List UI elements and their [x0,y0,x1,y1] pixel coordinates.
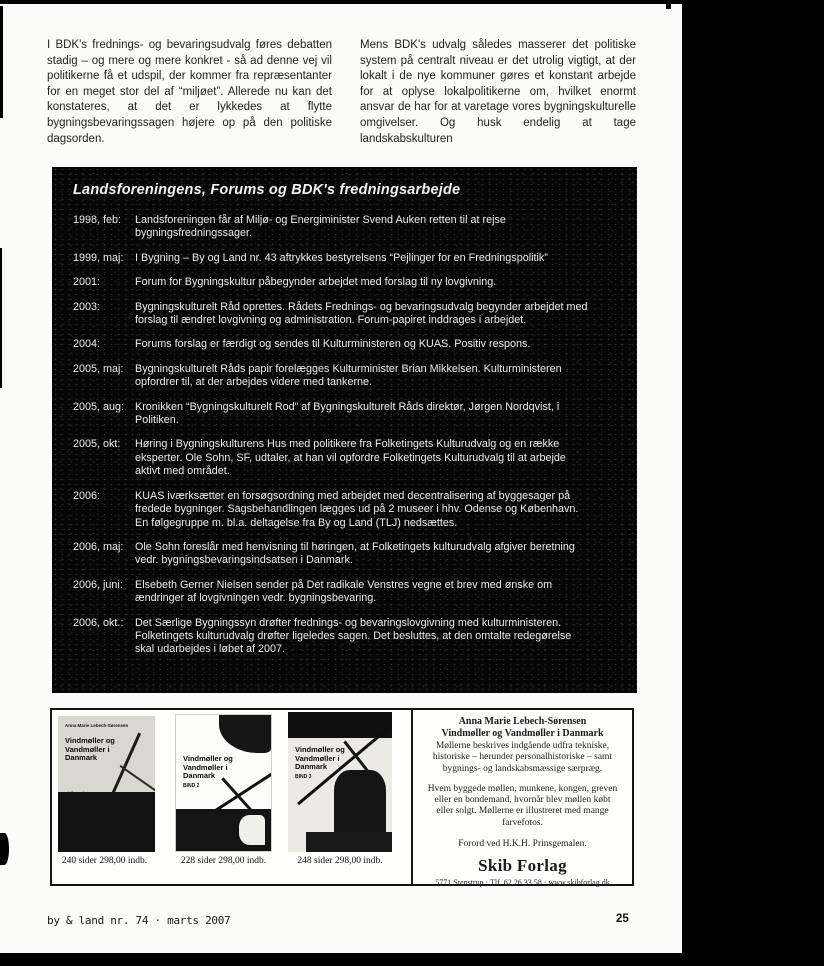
timeline-entry-date: 2006, juni: [73,579,135,606]
windmill-photo [58,792,155,852]
book-cover-title: Vindmøller og Vandmøller i Danmark [65,737,117,763]
timeline-entry-text: Forum for Bygningskultur påbegynder arbe… [135,276,590,289]
timeline-entry-date: 2003: [73,301,135,328]
timeline-entry-text: Kronikken “Bygningskulturelt Rod” af Byg… [135,401,590,428]
ad-description-1: Møllerne beskrives indgående udfra tekni… [425,741,620,775]
timeline-entry: 2005, aug: Kronikken “Bygningskulturelt … [73,401,591,428]
scan-artifact [666,0,671,9]
timeline-entry: 1998, feb: Landsforeningen får af Miljø-… [73,214,591,241]
scan-border-right [682,0,824,966]
timeline-entry-text: Bygningskulturelt Råd oprettes. Rådets F… [135,301,590,328]
timeline-entry-date: 2006, maj: [73,541,135,568]
timeline-entry-date: 2004: [73,338,135,351]
footer-issue-label: by & land nr. 74 · marts 2007 [47,914,230,927]
book-caption: 228 sider 298,00 indb. [173,856,274,866]
book-cover-2: Vindmøller og Vandmøller i Danmark BIND … [175,714,272,852]
windmill-photo [306,832,392,852]
timeline-entry: 2006, okt.: Det Særlige Bygningssyn drøf… [73,617,591,657]
article-column-right: Mens BDK's udvalg således masserer det p… [360,38,636,147]
timeline-entry: 2006, juni: Elsebeth Gerner Nielsen send… [73,579,591,606]
ad-contact-info: 5771 Stenstrup · Tlf. 62 26 33 58 · www.… [413,878,632,887]
timeline-entry: 2006: KUAS iværksætter en forsøgsordning… [73,490,591,530]
ad-text-column: Anna Marie Lebech-Sørensen Vindmøller og… [411,710,632,884]
scan-artifact [0,248,2,388]
timeline-entry-text: Elsebeth Gerner Nielsen sender på Det ra… [135,579,590,606]
timeline-entry-text: Bygningskulturelt Råds papir forelægges … [135,363,590,390]
ad-book-title: Vindmøller og Vandmøller i Danmark [413,728,632,740]
ad-publisher: Skib Forlag [413,856,632,876]
timeline-entry-date: 1999, maj: [73,252,135,265]
photo-fragment [219,715,271,753]
timeline-entry: 2006, maj: Ole Sohn foreslår med henvisn… [73,541,591,568]
timeline-entry-date: 2006: [73,490,135,530]
timeline-entry-date: 2005, okt: [73,438,135,478]
timeline-entry: 2005, maj: Bygningskulturelt Råds papir … [73,363,591,390]
windmill-body-graphic [334,770,386,838]
scan-border-bottom [0,953,682,966]
timeline-box: Landsforeningens, Forums og BDK's fredni… [52,167,637,693]
ad-foreword: Forord ved H.K.H. Prinsgemalen. [413,839,632,849]
timeline-entry-text: Høring i Bygningskulturens Hus med polit… [135,438,590,478]
timeline-entry-date: 2006, okt.: [73,617,135,657]
timeline-entry-text: I Bygning – By og Land nr. 43 aftrykkes … [135,252,590,265]
scan-border-top [0,0,682,4]
book-advertisement: Anna Marie Lebech-Sørensen Vindmøller og… [50,708,634,886]
book-cover-author: Anna Marie Lebech-Sørensen [65,723,155,728]
ad-description-2: Hvem byggede møllen, munkene, kongen, gr… [425,784,620,829]
timeline-entry-date: 2001: [73,276,135,289]
timeline-entry-date: 2005, maj: [73,363,135,390]
timeline-entry: 2004: Forums forslag er færdigt og sende… [73,338,591,351]
timeline-entry-text: Forums forslag er færdigt og sendes til … [135,338,590,351]
timeline-entry: 2005, okt: Høring i Bygningskulturens Hu… [73,438,591,478]
windmill-sail-graphic [120,765,155,793]
timeline-entry: 2001: Forum for Bygningskultur påbegynde… [73,276,591,289]
timeline-entry-text: Ole Sohn foreslår med henvisning til hør… [135,541,590,568]
book-caption: 248 sider 298,00 indb. [286,856,394,866]
scan-artifact [0,6,3,118]
book-cover-1: Anna Marie Lebech-Sørensen Vindmøller og… [58,716,155,852]
scan-artifact [0,833,9,865]
timeline-entry-text: KUAS iværksætter en forsøgsordning med a… [135,490,590,530]
page-number: 25 [616,913,629,925]
magazine-page: I BDK's frednings- og bevaringsudvalg fø… [0,0,824,966]
timeline-entry-text: Landsforeningen får af Miljø- og Energim… [135,214,590,241]
timeline-entry-date: 2005, aug: [73,401,135,428]
timeline-entry: 2003: Bygningskulturelt Råd oprettes. Rå… [73,301,591,328]
timeline-entry-date: 1998, feb: [73,214,135,241]
ad-author: Anna Marie Lebech-Sørensen [413,716,632,728]
book-cover-3: Vindmøller og Vandmøller i Danmark BIND … [288,712,392,852]
photo-highlight [239,815,265,845]
photo-fragment [288,712,392,738]
article-column-left: I BDK's frednings- og bevaringsudvalg fø… [47,38,332,147]
book-cover-title: Vindmøller og Vandmøller i Danmark [183,755,235,781]
timeline-entry-text: Det Særlige Bygningssyn drøfter fredning… [135,617,590,657]
book-caption: 240 sider 298,00 indb. [54,856,155,866]
timeline-title: Landsforeningens, Forums og BDK's fredni… [73,181,591,199]
timeline-entry: 1999, maj: I Bygning – By og Land nr. 43… [73,252,591,265]
